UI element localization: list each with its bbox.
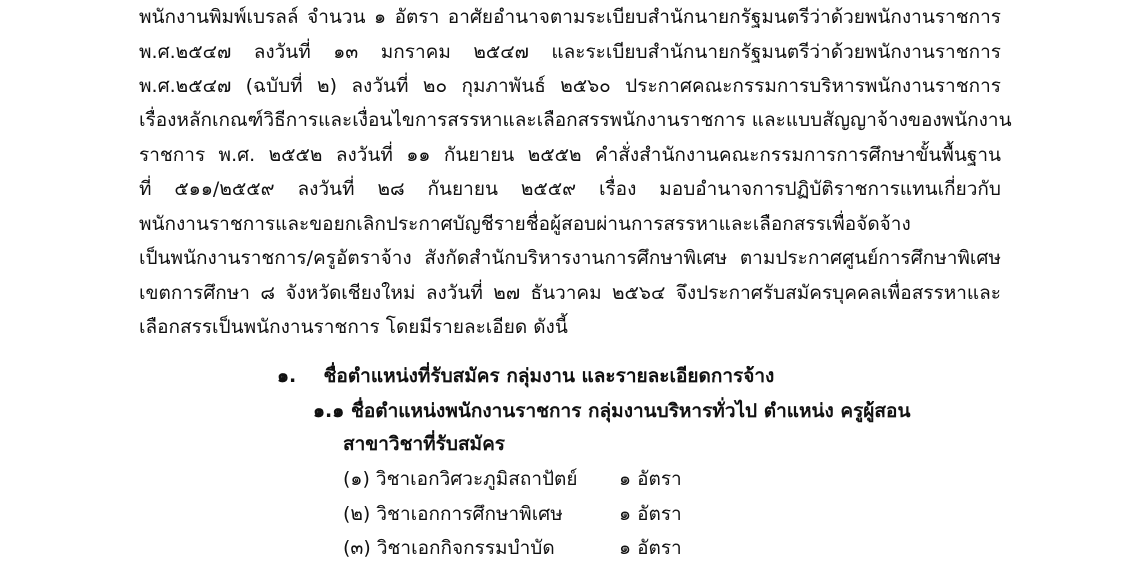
paragraph-line: ที่ ๕๑๑/๒๕๕๙ ลงวันที่ ๒๘ กันยายน ๒๕๕๙ เร… <box>139 177 1001 201</box>
paragraph-line: เขตการศึกษา ๘ จังหวัดเชียงใหม่ ลงวันที่ … <box>139 281 1001 305</box>
major-label: (๒) วิชาเอกการศึกษาพิเศษ <box>343 502 563 526</box>
major-count: ๑ อัตรา <box>619 536 682 560</box>
document-page: พนักงานพิมพ์เบรลล์ จำนวน ๑ อัตรา อาศัยอำ… <box>0 0 1140 570</box>
paragraph-line: พนักงานพิมพ์เบรลล์ จำนวน ๑ อัตรา อาศัยอำ… <box>139 5 1001 29</box>
section-1-1-subtitle: สาขาวิชาที่รับสมัคร <box>343 432 505 456</box>
paragraph-line: เป็นพนักงานราชการ/ครูอัตราจ้าง สังกัดสำน… <box>139 246 1001 270</box>
paragraph-line: พนักงานราชการและขอยกเลิกประกาศบัญชีรายชื… <box>139 212 1001 236</box>
major-item: (๓) วิชาเอกกิจกรรมบำบัด ๑ อัตรา <box>343 536 555 560</box>
paragraph-line: ราชการ พ.ศ. ๒๕๕๒ ลงวันที่ ๑๑ กันยายน ๒๕๕… <box>139 143 1001 167</box>
major-label: (๑) วิชาเอกวิศวะภูมิสถาปัตย์ <box>343 467 578 491</box>
paragraph-line: เลือกสรรเป็นพนักงานราชการ โดยมีรายละเอีย… <box>139 315 1001 339</box>
section-1-1-title: ชื่อตำแหน่งพนักงานราชการ กลุ่มงานบริหารท… <box>351 400 910 422</box>
section-1-1-number: ๑.๑ <box>313 400 344 422</box>
major-item: (๑) วิชาเอกวิศวะภูมิสถาปัตย์ ๑ อัตรา <box>343 467 578 491</box>
major-count: ๑ อัตรา <box>619 467 682 491</box>
section-1-heading: ๑. ชื่อตำแหน่งที่รับสมัคร กลุ่มงาน และรา… <box>277 364 774 388</box>
major-label: (๓) วิชาเอกกิจกรรมบำบัด <box>343 536 555 560</box>
section-1-number: ๑. <box>277 365 296 387</box>
section-1-title: ชื่อตำแหน่งที่รับสมัคร กลุ่มงาน และรายละ… <box>324 365 775 387</box>
major-count: ๑ อัตรา <box>619 502 682 526</box>
paragraph-line: เรื่องหลักเกณฑ์วิธีการและเงื่อนไขการสรรห… <box>139 108 1001 132</box>
section-1-1-heading: ๑.๑ ชื่อตำแหน่งพนักงานราชการ กลุ่มงานบริ… <box>313 399 910 423</box>
paragraph-line: พ.ศ.๒๕๔๗ ลงวันที่ ๑๓ มกราคม ๒๕๔๗ และระเบ… <box>139 40 1001 64</box>
paragraph-line: พ.ศ.๒๕๔๗ (ฉบับที่ ๒) ลงวันที่ ๒๐ กุมภาพั… <box>139 74 1001 98</box>
major-item: (๒) วิชาเอกการศึกษาพิเศษ ๑ อัตรา <box>343 502 563 526</box>
